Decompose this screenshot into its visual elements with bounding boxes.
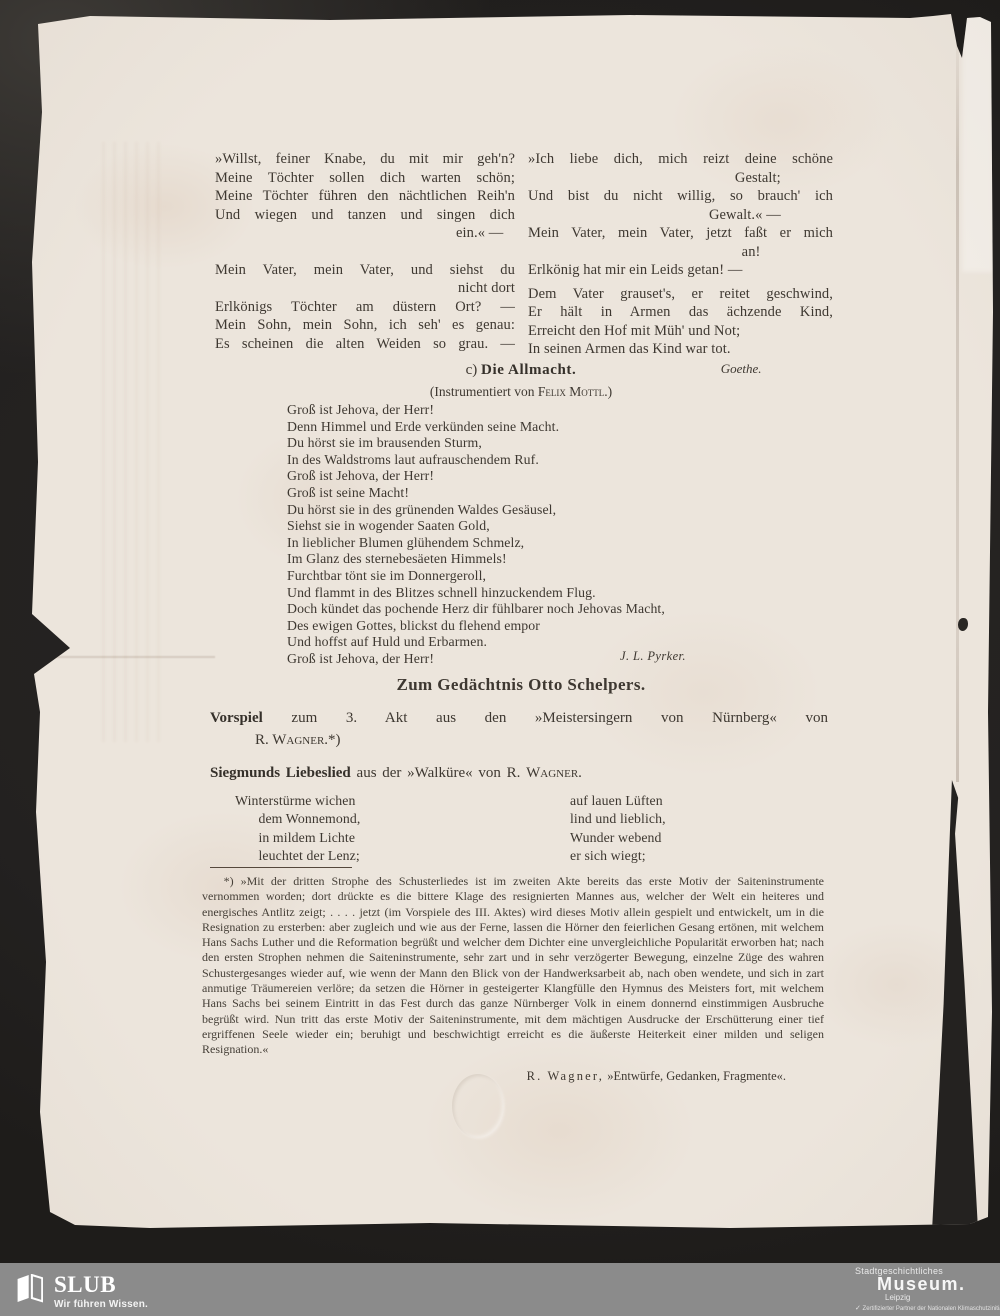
- poem-allmacht: Groß ist Jehova, der Herr!Denn Himmel un…: [287, 402, 827, 668]
- verse-line: Groß ist Jehova, der Herr!: [287, 468, 827, 485]
- verse-line: Winterstürme wichen: [235, 792, 570, 810]
- verse-line: auf lauen Lüften: [570, 792, 790, 810]
- verse-line: In des Waldstroms laut aufrauschendem Ru…: [287, 452, 827, 469]
- verse-line: dem Wonnemond,: [235, 810, 570, 828]
- verse-line: Mein Vater, mein Vater, und siehst du: [215, 261, 515, 280]
- footer-bar: SLUB Wir führen Wissen. Stadtgeschichtli…: [0, 1263, 1000, 1316]
- slub-text-block: SLUB Wir führen Wissen.: [54, 1274, 148, 1310]
- siegmund-composer: Wagner: [526, 765, 578, 781]
- scanned-page: »Willst, feiner Knabe, du mit mir geh'n?…: [30, 12, 993, 1228]
- verse-line: Wunder webend: [570, 829, 790, 847]
- vorspiel-rest: zum 3. Akt aus den »Meistersingern von N…: [263, 710, 828, 726]
- verse-line: leuchtet der Lenz;: [235, 847, 570, 865]
- siegmund-post: .: [578, 765, 582, 781]
- footnote-text: *) »Mit der dritten Strophe des Schuster…: [202, 874, 824, 1058]
- program-item-vorspiel: Vorspiel zum 3. Akt aus den »Meistersing…: [210, 707, 828, 751]
- verse-line: Denn Himmel und Erde verkünden seine Mac…: [287, 419, 827, 436]
- embossed-stamp: [452, 1074, 504, 1138]
- poem-wintersturme: Winterstürme wichendem Wonnemond,in mild…: [235, 792, 835, 865]
- verse-line: in mildem Lichte: [235, 829, 570, 847]
- verse-line: Mein Vater, mein Vater, jetzt faßt er mi…: [528, 224, 833, 243]
- paper-tear: [928, 780, 980, 1228]
- poem-wintersturme-left-column: Winterstürme wichendem Wonnemond,in mild…: [235, 792, 570, 865]
- attribution-pyrker: J. L. Pyrker.: [620, 649, 780, 664]
- vorspiel-lead: Vorspiel: [210, 710, 263, 726]
- verse-line: Furchtbar tönt sie im Donnergeroll,: [287, 568, 827, 585]
- verse-line: Groß ist seine Macht!: [287, 485, 827, 502]
- verse-line: Siehst sie in wogender Saaten Gold,: [287, 518, 827, 535]
- vorspiel-line2: R. Wagner.*): [210, 729, 828, 751]
- verse-line: In lieblicher Blumen glühendem Schmelz,: [287, 535, 827, 552]
- verse-line: lind und lieblich,: [570, 810, 790, 828]
- museum-logo: Stadtgeschichtliches Museum. Leipzig ✓ Z…: [855, 1266, 990, 1312]
- verse-line: Meine Töchter führen den nächtlichen Rei…: [215, 187, 515, 206]
- verse-line: Und flammt in des Blitzes schnell hinzuc…: [287, 585, 827, 602]
- verse-line: Des ewigen Gottes, blickst du flehend em…: [287, 618, 827, 635]
- poem-erlkoenig-right-column: »Ich liebe dich, mich reizt deine schöne…: [528, 150, 833, 377]
- museum-certification: ✓ Zertifizierter Partner der Nationalen …: [855, 1304, 990, 1312]
- verse-line: Groß ist Jehova, der Herr!: [287, 402, 827, 419]
- section-title: Die Allmacht.: [481, 362, 576, 378]
- footnote-attribution-name: R. Wagner,: [527, 1069, 605, 1083]
- verse-line: Du hörst sie im brausenden Sturm,: [287, 435, 827, 452]
- poem-erlkoenig-left-column: »Willst, feiner Knabe, du mit mir geh'n?…: [215, 150, 515, 377]
- verse-line: Du hörst sie in des grünenden Waldes Ges…: [287, 502, 827, 519]
- museum-name: Museum.: [877, 1276, 990, 1293]
- slub-name: SLUB: [54, 1274, 148, 1296]
- siegmund-lead: Siegmunds Liebeslied: [210, 765, 351, 781]
- verse-line: In seinen Armen das Kind war tot.: [528, 340, 833, 359]
- verse-line: nicht dort: [215, 279, 515, 298]
- verse-line: Im Glanz des sternebesäeten Himmels!: [287, 551, 827, 568]
- section-heading-allmacht: c) Die Allmacht.: [215, 362, 827, 379]
- section-label: c): [466, 362, 478, 378]
- verse-line: Dem Vater grauset's, er reitet geschwind…: [528, 285, 833, 304]
- instrumentation-pre: (Instrumentiert von: [430, 384, 538, 399]
- scan-viewport: { "colors": { "paper": "#ece5dc", "ink":…: [0, 0, 1000, 1316]
- memorial-title: Zum Gedächtnis Otto Schelpers.: [215, 675, 827, 695]
- poem-erlkoenig: »Willst, feiner Knabe, du mit mir geh'n?…: [215, 150, 833, 377]
- paper-fold-highlight: [962, 12, 993, 272]
- slub-logo: SLUB Wir führen Wissen.: [16, 1274, 148, 1310]
- verse-line: Er hält in Armen das ächzende Kind,: [528, 303, 833, 322]
- poem-erlkoenig-right-lines: »Ich liebe dich, mich reizt deine schöne…: [528, 150, 833, 359]
- slub-tagline: Wir führen Wissen.: [54, 1299, 148, 1310]
- paper-hole: [958, 618, 968, 631]
- vorspiel-line1: Vorspiel zum 3. Akt aus den »Meistersing…: [210, 707, 828, 729]
- verse-line: »Willst, feiner Knabe, du mit mir geh'n?: [215, 150, 515, 169]
- bleedthrough-texture: [102, 142, 160, 742]
- verse-line: er sich wiegt;: [570, 847, 790, 865]
- verse-line: »Ich liebe dich, mich reizt deine schöne: [528, 150, 833, 169]
- museum-city: Leipzig: [885, 1293, 990, 1302]
- verse-line: Es scheinen die alten Weiden so grau. —: [215, 335, 515, 354]
- verse-gap: [215, 243, 515, 261]
- siegmund-rest: aus der »Walküre« von R.: [351, 765, 526, 781]
- verse-line: Und bist du nicht willig, so brauch' ich: [528, 187, 833, 206]
- paper-crease-left: [30, 656, 215, 658]
- verse-line: Mein Sohn, mein Sohn, ich seh' es genau:: [215, 316, 515, 335]
- slub-book-icon: [16, 1274, 43, 1308]
- verse-line: Erlkönigs Töchter am düstern Ort? —: [215, 298, 515, 317]
- verse-line: Doch kündet das pochende Herz dir fühlba…: [287, 601, 827, 618]
- program-item-siegmund: Siegmunds Liebeslied aus der »Walküre« v…: [210, 765, 828, 782]
- verse-line: ein.« —: [215, 224, 515, 243]
- footnote-attribution: R. Wagner, »Entwürfe, Gedanken, Fragment…: [202, 1069, 824, 1084]
- paper-crease-right: [956, 12, 959, 782]
- instrumentation-post: .): [604, 384, 612, 399]
- verse-line: Und wiegen und tanzen und singen dich: [215, 206, 515, 225]
- verse-line: Gewalt.« —: [528, 206, 833, 225]
- verse-line: Gestalt;: [528, 169, 833, 188]
- verse-line: Meine Töchter sollen dich warten schön;: [215, 169, 515, 188]
- verse-line: an!: [528, 243, 833, 262]
- instrumentation-name: Felix Mottl: [538, 384, 604, 399]
- museum-certification-text: Zertifizierter Partner der Nationalen Kl…: [861, 1306, 1000, 1312]
- footnote-attribution-title: »Entwürfe, Gedanken, Fragmente«.: [604, 1069, 786, 1083]
- verse-line: Erreicht den Hof mit Müh' und Not;: [528, 322, 833, 341]
- verse-line: Erlkönig hat mir ein Leids getan! —: [528, 261, 833, 280]
- instrumentation-note: (Instrumentiert von Felix Mottl.): [215, 384, 827, 400]
- poem-wintersturme-right-column: auf lauen Lüftenlind und lieblich,Wunder…: [570, 792, 790, 865]
- footnote-separator: [210, 867, 352, 868]
